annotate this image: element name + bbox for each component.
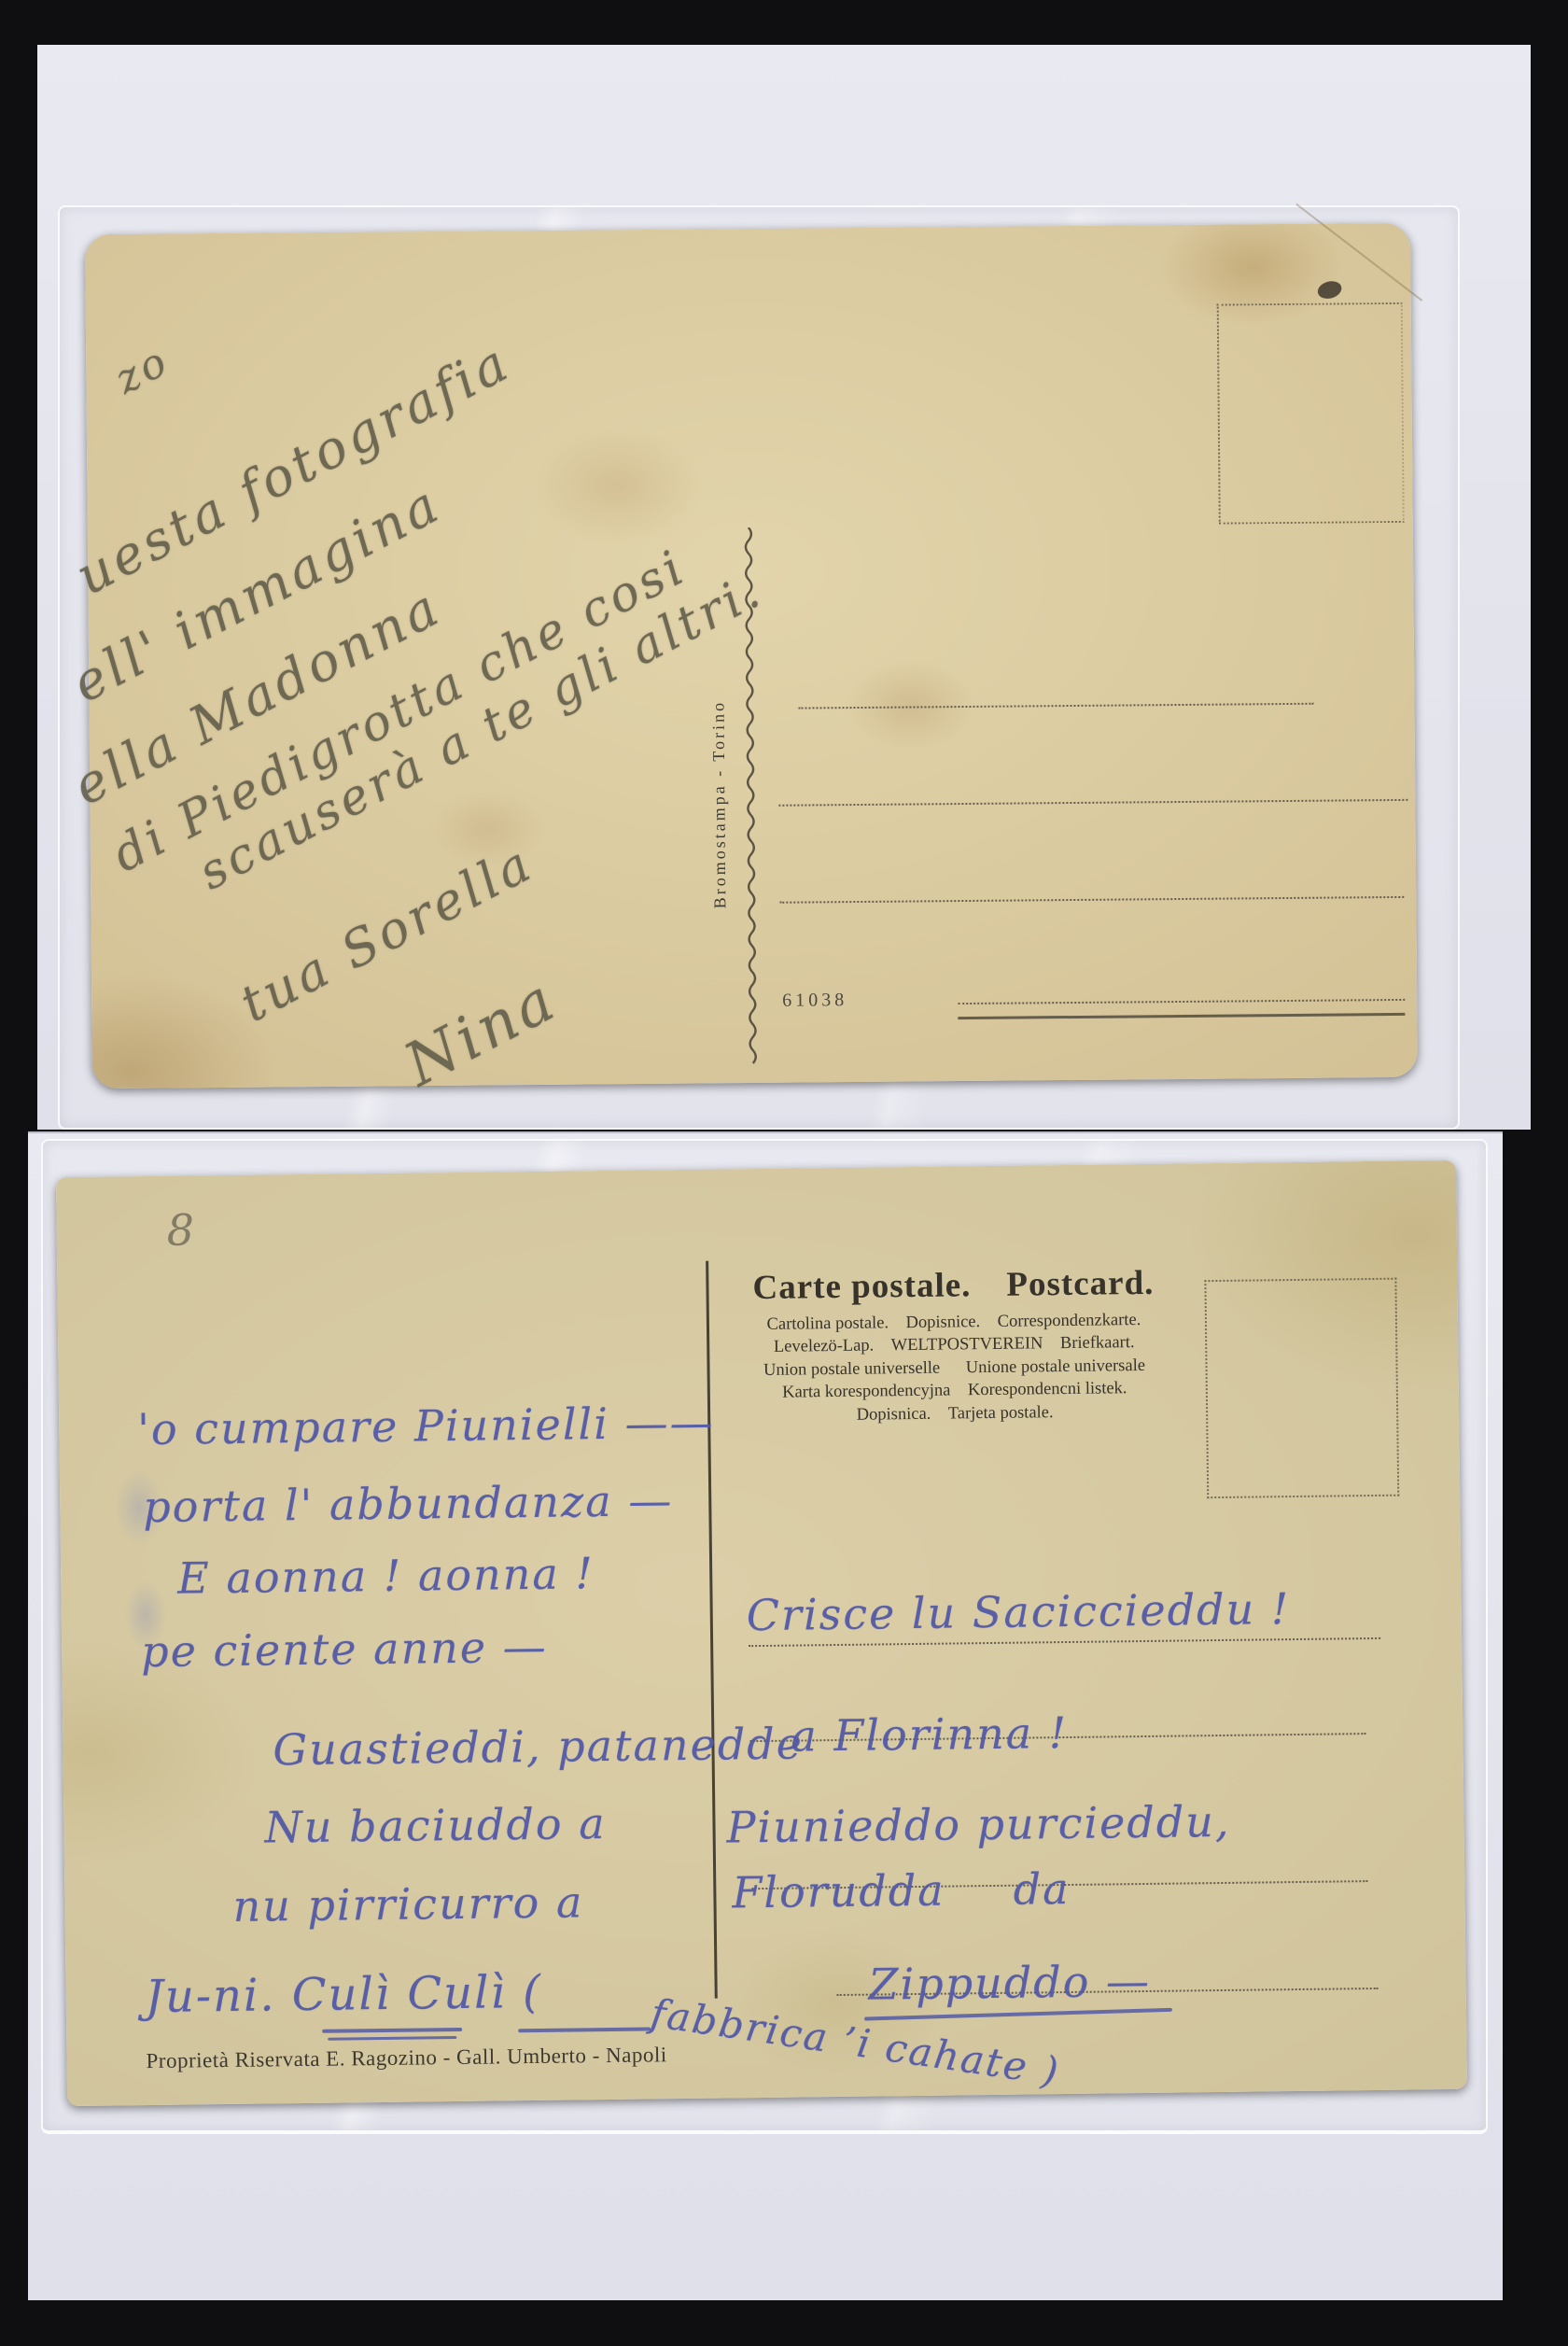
wavy-divider-path (746, 527, 756, 1063)
pencil-message-line: zo (109, 340, 175, 401)
ink-message-line: Crisce lu Saciccieddu ! (746, 1587, 1290, 1637)
ink-message-line: Guastieddi, patanedde (273, 1721, 804, 1771)
underline-stroke (322, 2028, 462, 2033)
publisher-imprint: Bromostampa - Torino (708, 684, 730, 908)
ink-message-line: Nu baciuddo a (264, 1802, 607, 1848)
publisher-imprint: Proprietà Riservata E. Ragozino - Gall. … (146, 2043, 666, 2073)
underline-stroke (328, 2036, 456, 2041)
ink-message-line: Zippuddo — (868, 1960, 1151, 2006)
corner-number: 8 (166, 1208, 194, 1251)
ink-blot (1316, 278, 1344, 301)
header-block: Carte postale. Postcard. Cartolina posta… (710, 1262, 1197, 1427)
postcard-bottom: 8 Carte postale. Postcard. Cartolina pos… (56, 1160, 1467, 2106)
serial-number: 61038 (782, 990, 847, 1012)
stamp-box (1217, 302, 1405, 525)
address-dotted-line (779, 896, 1404, 904)
ink-message-line: a Florinna ! (791, 1711, 1068, 1758)
ink-message-line: Piunieddo purcieddu, (726, 1800, 1230, 1849)
ink-message-line: Florudda da (732, 1867, 1071, 1914)
ink-message-line: porta l' abbundanza — (143, 1479, 674, 1528)
ink-message-line: nu pirricurro a (232, 1880, 583, 1928)
address-dotted-line (798, 703, 1313, 709)
ink-message-line: 'o cumpare Piunielli —— (137, 1401, 715, 1452)
postcard-top: zo uesta fotografia ell' immagina ella M… (85, 223, 1418, 1089)
address-dotted-line (958, 999, 1405, 1004)
ink-message-line: E aonna ! aonna ! (177, 1552, 595, 1599)
stamp-box (1204, 1278, 1399, 1498)
photo-of-postcards: zo uesta fotografia ell' immagina ella M… (0, 0, 1568, 2346)
ink-message-line: Ju-ni. Culì Culì ( (145, 1970, 542, 2019)
ink-message-line: pe ciente anne — (141, 1625, 548, 1673)
address-solid-line (958, 1013, 1405, 1019)
address-dotted-line (778, 799, 1407, 807)
underline-stroke (518, 2027, 651, 2032)
ink-message-line: fabbrica ’i cahate ) (649, 1993, 1062, 2091)
header-title: Carte postale. Postcard. (710, 1262, 1196, 1308)
pencil-signature: Nina (397, 969, 567, 1096)
underline-stroke (864, 2008, 1172, 2021)
